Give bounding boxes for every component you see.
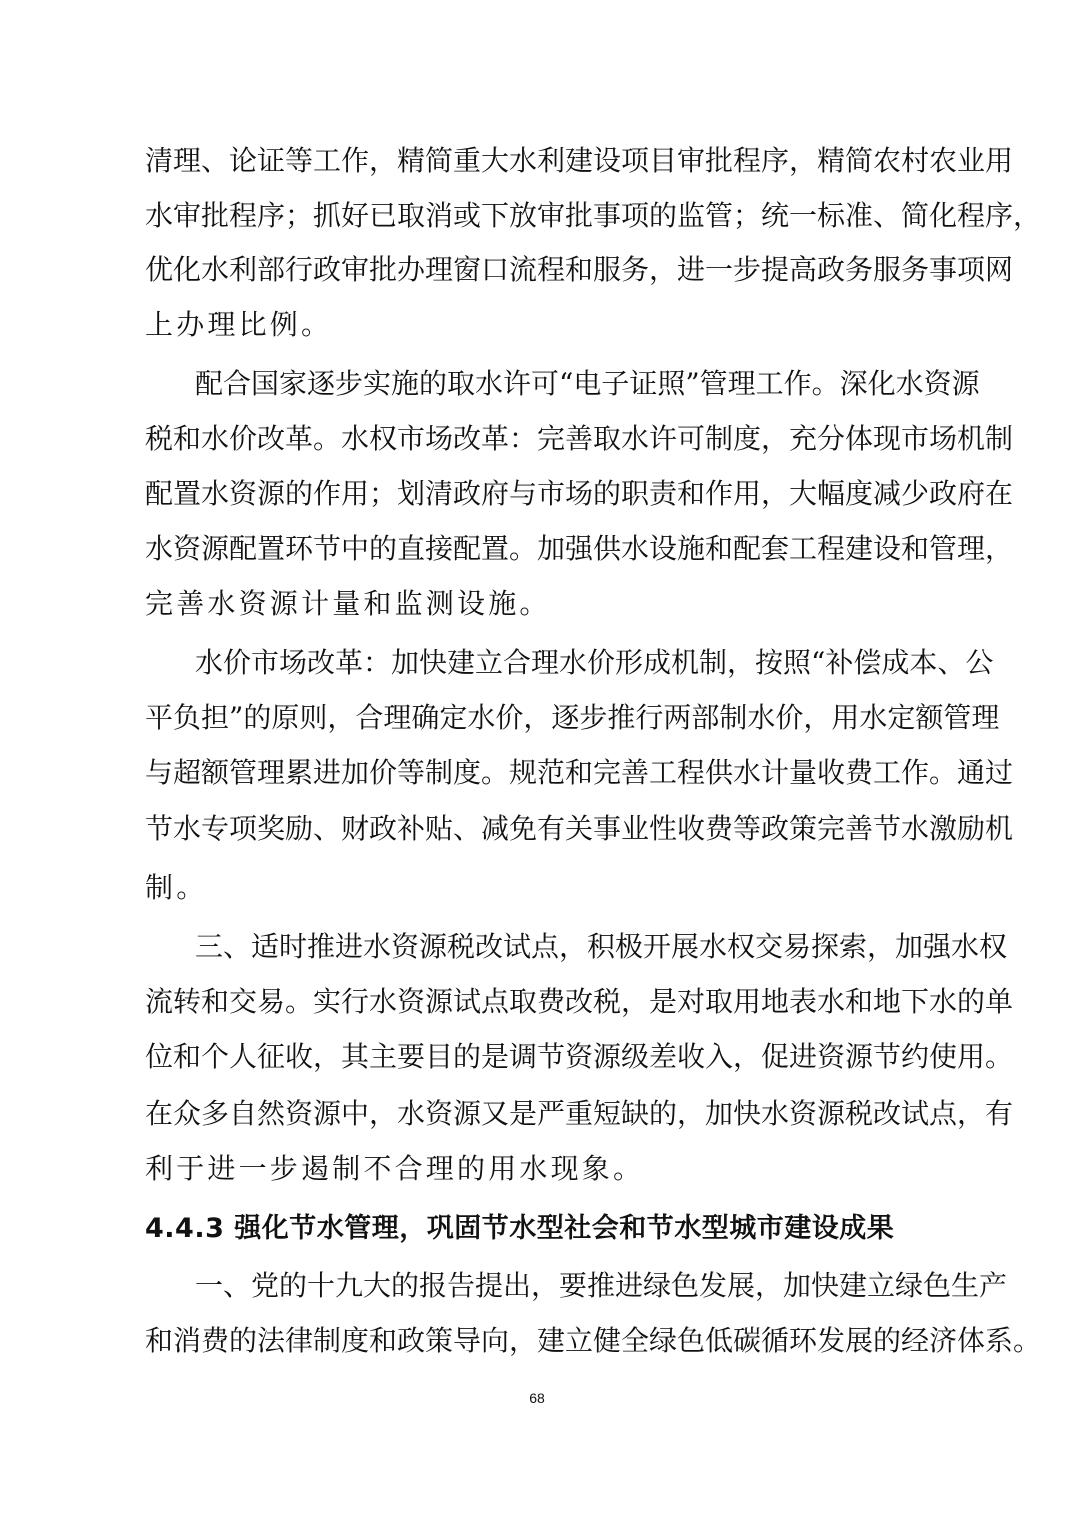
text-line: 水审批程序；抓好已取消或下放审批事项的监管；统一标准、简化程序，	[145, 188, 935, 243]
text-line: 上办理比例。	[145, 297, 332, 352]
text-line: 平负担”的原则，合理确定水价，逐步推行两部制水价，用水定额管理	[145, 690, 935, 745]
text-line: 配置水资源的作用；划清政府与市场的职责和作用，大幅度减少政府在	[145, 466, 935, 521]
text-line: 位和个人征收，其主要目的是调节资源级差收入，促进资源节约使用。	[145, 1029, 935, 1084]
text-line: 流转和交易。实行水资源试点取费改税，是对取用地表水和地下水的单	[145, 974, 935, 1029]
section-heading: 4.4.3 强化节水管理，巩固节水型社会和节水型城市建设成果	[145, 1201, 894, 1256]
text-line: 在众多自然资源中，水资源又是严重短缺的，加快水资源税改试点，有	[145, 1086, 935, 1141]
text-line: 三、适时推进水资源税改试点，积极开展水权交易探索，加强水权	[195, 919, 935, 974]
text-line: 优化水利部行政审批办理窗口流程和服务，进一步提高政务服务事项网	[145, 242, 935, 297]
text-line: 水价市场改革：加快建立合理水价形成机制，按照“补偿成本、公	[195, 635, 935, 690]
text-line: 和消费的法律制度和政策导向，建立健全绿色低碳循环发展的经济体系。	[145, 1313, 935, 1368]
page-number: 68	[0, 1390, 1074, 1406]
text-line: 利于进一步遏制不合理的用水现象。	[145, 1141, 644, 1196]
text-line: 节水专项奖励、财政补贴、减免有关事业性收费等政策完善节水激励机	[145, 801, 935, 856]
text-line: 清理、论证等工作，精简重大水利建设项目审批程序，精简农村农业用	[145, 133, 935, 188]
text-line: 与超额管理累进加价等制度。规范和完善工程供水计量收费工作。通过	[145, 745, 935, 800]
text-line: 制。	[145, 860, 207, 915]
text-line: 配合国家逐步实施的取水许可“电子证照”管理工作。深化水资源	[195, 356, 935, 411]
text-line: 完善水资源计量和监测设施。	[145, 576, 551, 631]
text-line: 一、党的十九大的报告提出，要推进绿色发展，加快建立绿色生产	[195, 1258, 935, 1313]
text-line: 税和水价改革。水权市场改革：完善取水许可制度，充分体现市场机制	[145, 411, 935, 466]
text-line: 水资源配置环节中的直接配置。加强供水设施和配套工程建设和管理，	[145, 521, 935, 576]
